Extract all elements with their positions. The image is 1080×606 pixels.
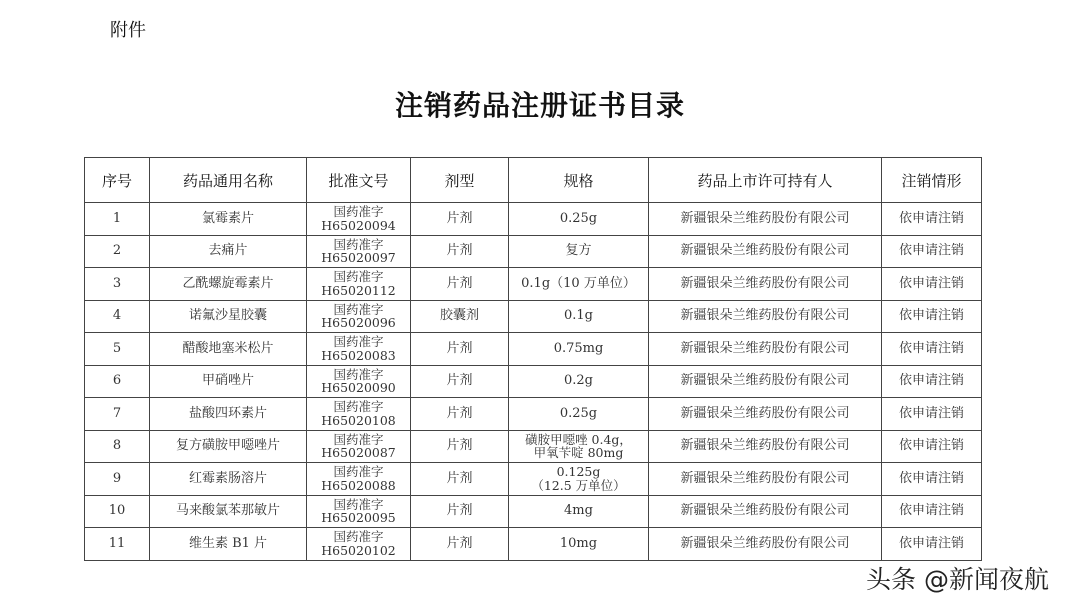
cell-generic-name: 去痛片 <box>150 235 307 268</box>
table-row: 2去痛片国药准字H65020097片剂复方新疆银朵兰维药股份有限公司依申请注销 <box>85 235 982 268</box>
cell-dosage-form: 片剂 <box>411 495 509 528</box>
cell-cancellation-status: 依申请注销 <box>882 365 982 398</box>
cell-no: 5 <box>85 333 150 366</box>
cell-generic-name: 马来酸氯苯那敏片 <box>150 495 307 528</box>
cell-approval-number: 国药准字H65020090 <box>307 365 411 398</box>
cell-specification: 0.1g <box>509 300 649 333</box>
approval-prefix: 国药准字 <box>307 498 410 512</box>
cell-generic-name: 乙酰螺旋霉素片 <box>150 268 307 301</box>
header-dosage-form: 剂型 <box>411 158 509 203</box>
approval-prefix: 国药准字 <box>307 368 410 382</box>
cell-license-holder: 新疆银朵兰维药股份有限公司 <box>649 333 882 366</box>
cell-generic-name: 盐酸四环素片 <box>150 398 307 431</box>
cell-approval-number: 国药准字H65020102 <box>307 528 411 561</box>
approval-prefix: 国药准字 <box>307 400 410 414</box>
cell-generic-name: 甲硝唑片 <box>150 365 307 398</box>
approval-prefix: 国药准字 <box>307 530 410 544</box>
approval-code: H65020087 <box>307 446 410 460</box>
table-row: 11维生素 B1 片国药准字H65020102片剂10mg新疆银朵兰维药股份有限… <box>85 528 982 561</box>
cell-license-holder: 新疆银朵兰维药股份有限公司 <box>649 430 882 463</box>
approval-code: H65020090 <box>307 381 410 395</box>
cell-dosage-form: 片剂 <box>411 333 509 366</box>
table-row: 5醋酸地塞米松片国药准字H65020083片剂0.75mg新疆银朵兰维药股份有限… <box>85 333 982 366</box>
page-title: 注销药品注册证书目录 <box>0 84 1080 124</box>
header-cancellation-status: 注销情形 <box>882 158 982 203</box>
cell-license-holder: 新疆银朵兰维药股份有限公司 <box>649 398 882 431</box>
cell-specification: 复方 <box>509 235 649 268</box>
cell-approval-number: 国药准字H65020096 <box>307 300 411 333</box>
spec-line-1: 0.125g <box>509 465 648 479</box>
spec-line-2: 甲氧苄啶 80mg <box>509 446 648 460</box>
approval-code: H65020088 <box>307 479 410 493</box>
cell-specification: 0.2g <box>509 365 649 398</box>
cell-no: 3 <box>85 268 150 301</box>
cell-dosage-form: 片剂 <box>411 203 509 236</box>
spec-line-1: 磺胺甲噁唑 0.4g， <box>509 433 648 447</box>
cell-generic-name: 氯霉素片 <box>150 203 307 236</box>
cell-cancellation-status: 依申请注销 <box>882 430 982 463</box>
approval-prefix: 国药准字 <box>307 205 410 219</box>
cell-approval-number: 国药准字H65020112 <box>307 268 411 301</box>
cell-no: 6 <box>85 365 150 398</box>
table-row: 1氯霉素片国药准字H65020094片剂0.25g新疆银朵兰维药股份有限公司依申… <box>85 203 982 236</box>
cell-generic-name: 诺氟沙星胶囊 <box>150 300 307 333</box>
approval-prefix: 国药准字 <box>307 270 410 284</box>
cell-generic-name: 复方磺胺甲噁唑片 <box>150 430 307 463</box>
cell-dosage-form: 片剂 <box>411 365 509 398</box>
approval-code: H65020102 <box>307 544 410 558</box>
cell-license-holder: 新疆银朵兰维药股份有限公司 <box>649 235 882 268</box>
cell-license-holder: 新疆银朵兰维药股份有限公司 <box>649 268 882 301</box>
approval-prefix: 国药准字 <box>307 465 410 479</box>
cell-license-holder: 新疆银朵兰维药股份有限公司 <box>649 528 882 561</box>
cell-generic-name: 维生素 B1 片 <box>150 528 307 561</box>
table-row: 4诺氟沙星胶囊国药准字H65020096胶囊剂0.1g新疆银朵兰维药股份有限公司… <box>85 300 982 333</box>
watermark: 头条 @新闻夜航 <box>866 560 1049 596</box>
cell-no: 2 <box>85 235 150 268</box>
approval-prefix: 国药准字 <box>307 238 410 252</box>
cell-cancellation-status: 依申请注销 <box>882 300 982 333</box>
cell-no: 9 <box>85 463 150 496</box>
cell-specification: 0.75mg <box>509 333 649 366</box>
cell-no: 11 <box>85 528 150 561</box>
approval-code: H65020096 <box>307 316 410 330</box>
approval-code: H65020083 <box>307 349 410 363</box>
approval-code: H65020112 <box>307 284 410 298</box>
drug-registration-catalog-table: 序号 药品通用名称 批准文号 剂型 规格 药品上市许可持有人 注销情形 1氯霉素… <box>84 157 982 561</box>
cell-specification: 0.25g <box>509 398 649 431</box>
approval-code: H65020108 <box>307 414 410 428</box>
cell-license-holder: 新疆银朵兰维药股份有限公司 <box>649 365 882 398</box>
cell-dosage-form: 片剂 <box>411 463 509 496</box>
cell-cancellation-status: 依申请注销 <box>882 463 982 496</box>
cell-cancellation-status: 依申请注销 <box>882 203 982 236</box>
cell-license-holder: 新疆银朵兰维药股份有限公司 <box>649 495 882 528</box>
table-row: 8复方磺胺甲噁唑片国药准字H65020087片剂磺胺甲噁唑 0.4g，甲氧苄啶 … <box>85 430 982 463</box>
approval-prefix: 国药准字 <box>307 303 410 317</box>
header-approval-number: 批准文号 <box>307 158 411 203</box>
cell-license-holder: 新疆银朵兰维药股份有限公司 <box>649 300 882 333</box>
cell-no: 7 <box>85 398 150 431</box>
cell-license-holder: 新疆银朵兰维药股份有限公司 <box>649 203 882 236</box>
cell-dosage-form: 片剂 <box>411 528 509 561</box>
cell-dosage-form: 片剂 <box>411 235 509 268</box>
cell-approval-number: 国药准字H65020094 <box>307 203 411 236</box>
table-row: 3乙酰螺旋霉素片国药准字H65020112片剂0.1g（10 万单位）新疆银朵兰… <box>85 268 982 301</box>
cell-no: 1 <box>85 203 150 236</box>
cell-dosage-form: 片剂 <box>411 268 509 301</box>
cell-cancellation-status: 依申请注销 <box>882 398 982 431</box>
header-generic-name: 药品通用名称 <box>150 158 307 203</box>
cell-approval-number: 国药准字H65020083 <box>307 333 411 366</box>
header-license-holder: 药品上市许可持有人 <box>649 158 882 203</box>
cell-cancellation-status: 依申请注销 <box>882 268 982 301</box>
cell-specification: 0.25g <box>509 203 649 236</box>
approval-code: H65020097 <box>307 251 410 265</box>
approval-code: H65020094 <box>307 219 410 233</box>
table-row: 9红霉素肠溶片国药准字H65020088片剂0.125g（12.5 万单位）新疆… <box>85 463 982 496</box>
cell-approval-number: 国药准字H65020088 <box>307 463 411 496</box>
cell-dosage-form: 片剂 <box>411 398 509 431</box>
cell-no: 4 <box>85 300 150 333</box>
cell-specification: 0.125g（12.5 万单位） <box>509 463 649 496</box>
table-row: 10马来酸氯苯那敏片国药准字H65020095片剂4mg新疆银朵兰维药股份有限公… <box>85 495 982 528</box>
approval-code: H65020095 <box>307 511 410 525</box>
approval-prefix: 国药准字 <box>307 335 410 349</box>
cell-cancellation-status: 依申请注销 <box>882 333 982 366</box>
table-row: 6甲硝唑片国药准字H65020090片剂0.2g新疆银朵兰维药股份有限公司依申请… <box>85 365 982 398</box>
cell-license-holder: 新疆银朵兰维药股份有限公司 <box>649 463 882 496</box>
cell-dosage-form: 片剂 <box>411 430 509 463</box>
cell-approval-number: 国药准字H65020095 <box>307 495 411 528</box>
cell-no: 10 <box>85 495 150 528</box>
cell-specification: 10mg <box>509 528 649 561</box>
header-no: 序号 <box>85 158 150 203</box>
cell-specification: 磺胺甲噁唑 0.4g，甲氧苄啶 80mg <box>509 430 649 463</box>
header-specification: 规格 <box>509 158 649 203</box>
cell-no: 8 <box>85 430 150 463</box>
approval-prefix: 国药准字 <box>307 433 410 447</box>
spec-line-2: （12.5 万单位） <box>509 479 648 493</box>
cell-cancellation-status: 依申请注销 <box>882 495 982 528</box>
cell-specification: 0.1g（10 万单位） <box>509 268 649 301</box>
cell-approval-number: 国药准字H65020087 <box>307 430 411 463</box>
cell-approval-number: 国药准字H65020097 <box>307 235 411 268</box>
cell-cancellation-status: 依申请注销 <box>882 235 982 268</box>
attachment-label: 附件 <box>110 16 146 42</box>
cell-generic-name: 醋酸地塞米松片 <box>150 333 307 366</box>
table-header-row: 序号 药品通用名称 批准文号 剂型 规格 药品上市许可持有人 注销情形 <box>85 158 982 203</box>
cell-specification: 4mg <box>509 495 649 528</box>
cell-dosage-form: 胶囊剂 <box>411 300 509 333</box>
table-row: 7盐酸四环素片国药准字H65020108片剂0.25g新疆银朵兰维药股份有限公司… <box>85 398 982 431</box>
cell-approval-number: 国药准字H65020108 <box>307 398 411 431</box>
cell-cancellation-status: 依申请注销 <box>882 528 982 561</box>
cell-generic-name: 红霉素肠溶片 <box>150 463 307 496</box>
